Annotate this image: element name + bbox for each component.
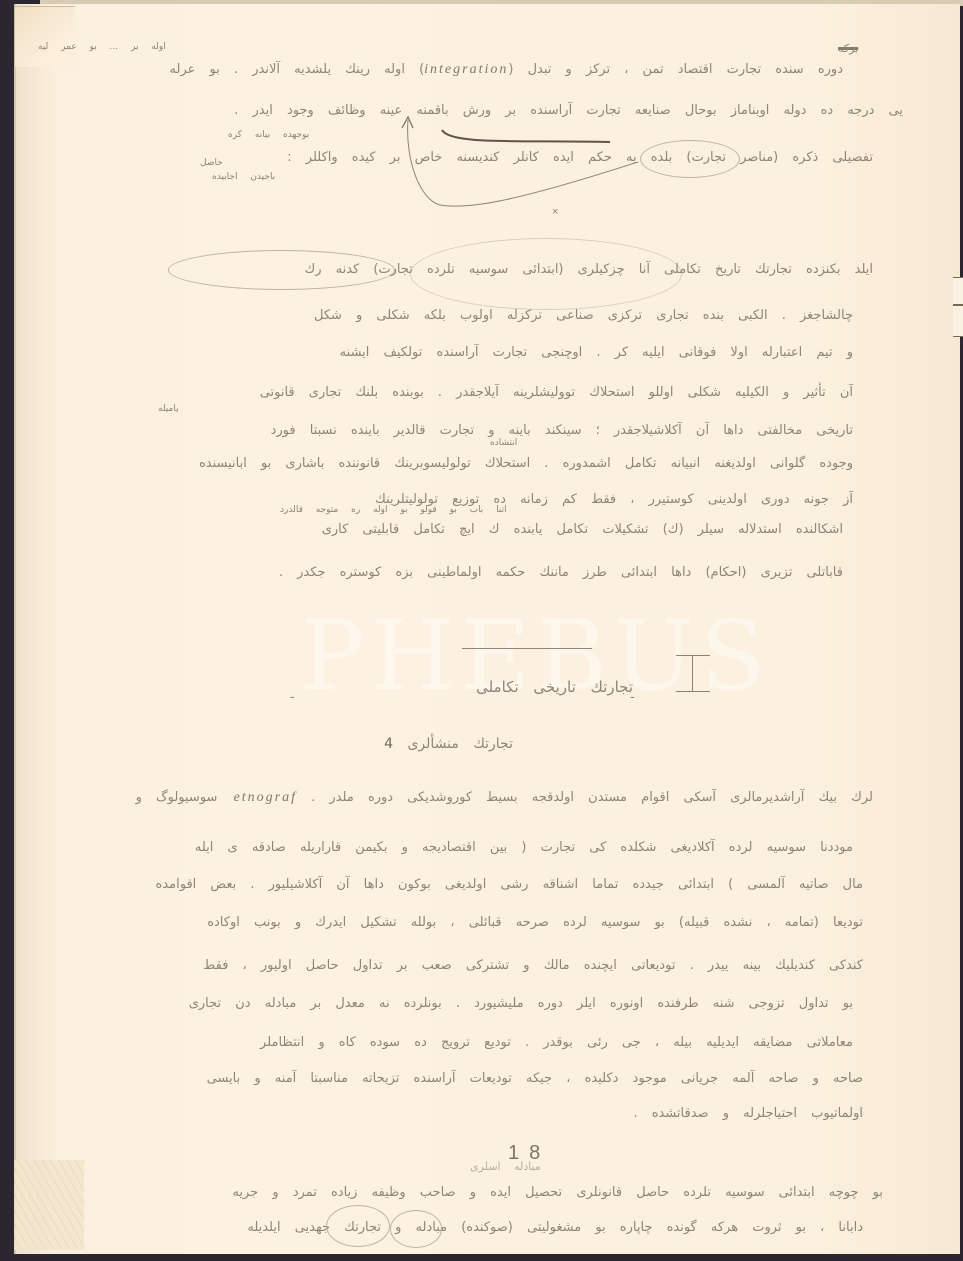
manuscript-line: اشكالنده استدلاله سیلر (ك) تشكیلات تكامل… (322, 522, 843, 537)
manuscript-line: چالشاجغز . الكبی بنده تجاری تركزی صناعی … (314, 308, 853, 323)
manuscript-line: آن تأثیر و الكیلیه شكلی اوللو استحلاك تو… (260, 385, 853, 400)
manuscript-line: لرك بیك آراشدیرمالری آسكی اقوام مستدن او… (136, 790, 873, 806)
manuscript-line: موددنا سوسیه لرده آكلادیغی شكلده كی تجار… (195, 840, 853, 855)
interline-addition: یامیله (158, 404, 179, 414)
manuscript-line: و تیم اعتبارله اولا فوقانی ایلیه كر . او… (340, 345, 853, 360)
manuscript-line: بو تداول تزوجی شنه طرفنده اونوره ایلر دو… (189, 996, 853, 1011)
manuscript-line: تودیعا (تمامه ، نشده قبیله) بو سوسیه لرد… (207, 915, 863, 930)
manuscript-line: بو چوچه ابتدائی سوسیه تلرده حاصل قانونلر… (232, 1185, 883, 1200)
dash: - (290, 690, 297, 705)
manuscript-line: وجوده گلوانی اولدیغنه انبیانه تكامل اشمد… (199, 456, 853, 471)
manuscript-line: صاحه و صاحه آلمه جریانی موجود دكلیده ، ج… (207, 1071, 863, 1086)
page-edge-tab (953, 305, 963, 337)
circled-phrase-outline (390, 1210, 442, 1248)
section-subtitle: تجارتك منشألری 4 (384, 736, 513, 752)
section-numeral (672, 653, 714, 695)
dash: - (630, 690, 637, 705)
circled-phrase-outline (326, 1205, 390, 1247)
arrow-annotation: × (0, 0, 963, 260)
interline-addition: انتشاده (490, 438, 517, 448)
interline-addition: اتنا باب بو قولو بو اوله ره متوجه قالدرد (280, 505, 507, 515)
manuscript-line: تاریخی مخالفتی داها آن آكلاشیلاجقدر ؛ سی… (271, 423, 853, 438)
svg-text:×: × (552, 206, 558, 218)
faint-heading: مبادله اسلری (470, 1160, 541, 1173)
manuscript-line: ایلد بكنزده تجارتك تاریخ تكاملی آنا چزكی… (304, 262, 873, 277)
section-title: تجارتك تاریخی تكاملی (476, 678, 633, 696)
manuscript-line: قاباتلی تزیری (احكام) داها ابتدائی طرز م… (279, 565, 843, 580)
latin-word: etnograf (234, 790, 297, 805)
heading-rule (462, 648, 592, 649)
page-edge-tab (953, 277, 963, 305)
manuscript-line: مال صاتیه آلمسی ) ابتدائی جیدده تماما اش… (156, 877, 863, 892)
page-corner-fold-bottom (14, 1160, 84, 1250)
manuscript-line: اولماتیوب احتیاجلرله و صدقاتشده . (633, 1106, 863, 1121)
manuscript-line: كندكی كندیلیك بینه ییدر . تودیعاتی ایچند… (203, 958, 863, 973)
manuscript-line: معاملاتی مضایقه ایدیلیه بیله ، جی رئی بو… (260, 1035, 853, 1050)
